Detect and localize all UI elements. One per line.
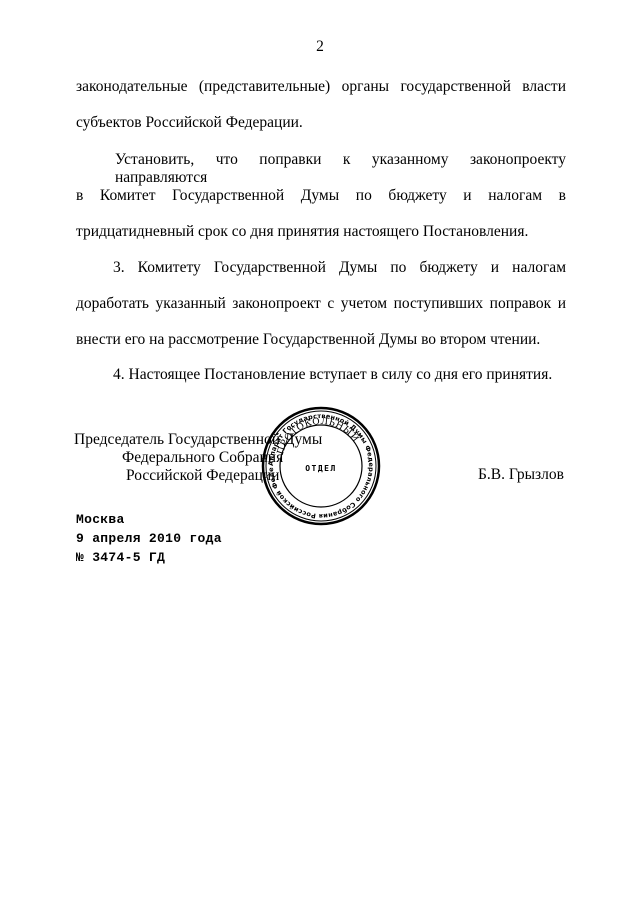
- paragraph-3-line-3: внести его на рассмотрение Государственн…: [76, 331, 566, 349]
- paragraph-1-line-2: субъектов Российской Федерации.: [76, 114, 566, 132]
- document-city: Москва: [76, 510, 222, 529]
- paragraph-3-line-1: 3. Комитету Государственной Думы по бюдж…: [113, 259, 566, 277]
- document-page: 2 законодательные (представительные) орг…: [0, 0, 640, 900]
- paragraph-2-line-2: в Комитет Государственной Думы по бюджет…: [76, 187, 566, 205]
- stamp-center-text: ОТДЕЛ: [305, 464, 337, 473]
- paragraph-2-line-3: тридцатидневный срок со дня принятия нас…: [76, 223, 566, 241]
- document-date: 9 апреля 2010 года: [76, 529, 222, 548]
- official-stamp-icon: Аппарат Государственной Думы Федеральног…: [260, 405, 382, 527]
- document-number: № 3474-5 ГД: [76, 548, 222, 567]
- paragraph-1-line-1: законодательные (представительные) орган…: [76, 78, 566, 96]
- paragraph-2-line-1: Установить, что поправки к указанному за…: [115, 151, 566, 187]
- document-footer: Москва 9 апреля 2010 года № 3474-5 ГД: [76, 510, 222, 567]
- paragraph-3-line-2: доработать указанный законопроект с учет…: [76, 295, 566, 313]
- signatory-name: Б.В. Грызлов: [478, 466, 564, 484]
- paragraph-4-line-1: 4. Настоящее Постановление вступает в си…: [113, 366, 603, 384]
- page-number: 2: [0, 38, 640, 56]
